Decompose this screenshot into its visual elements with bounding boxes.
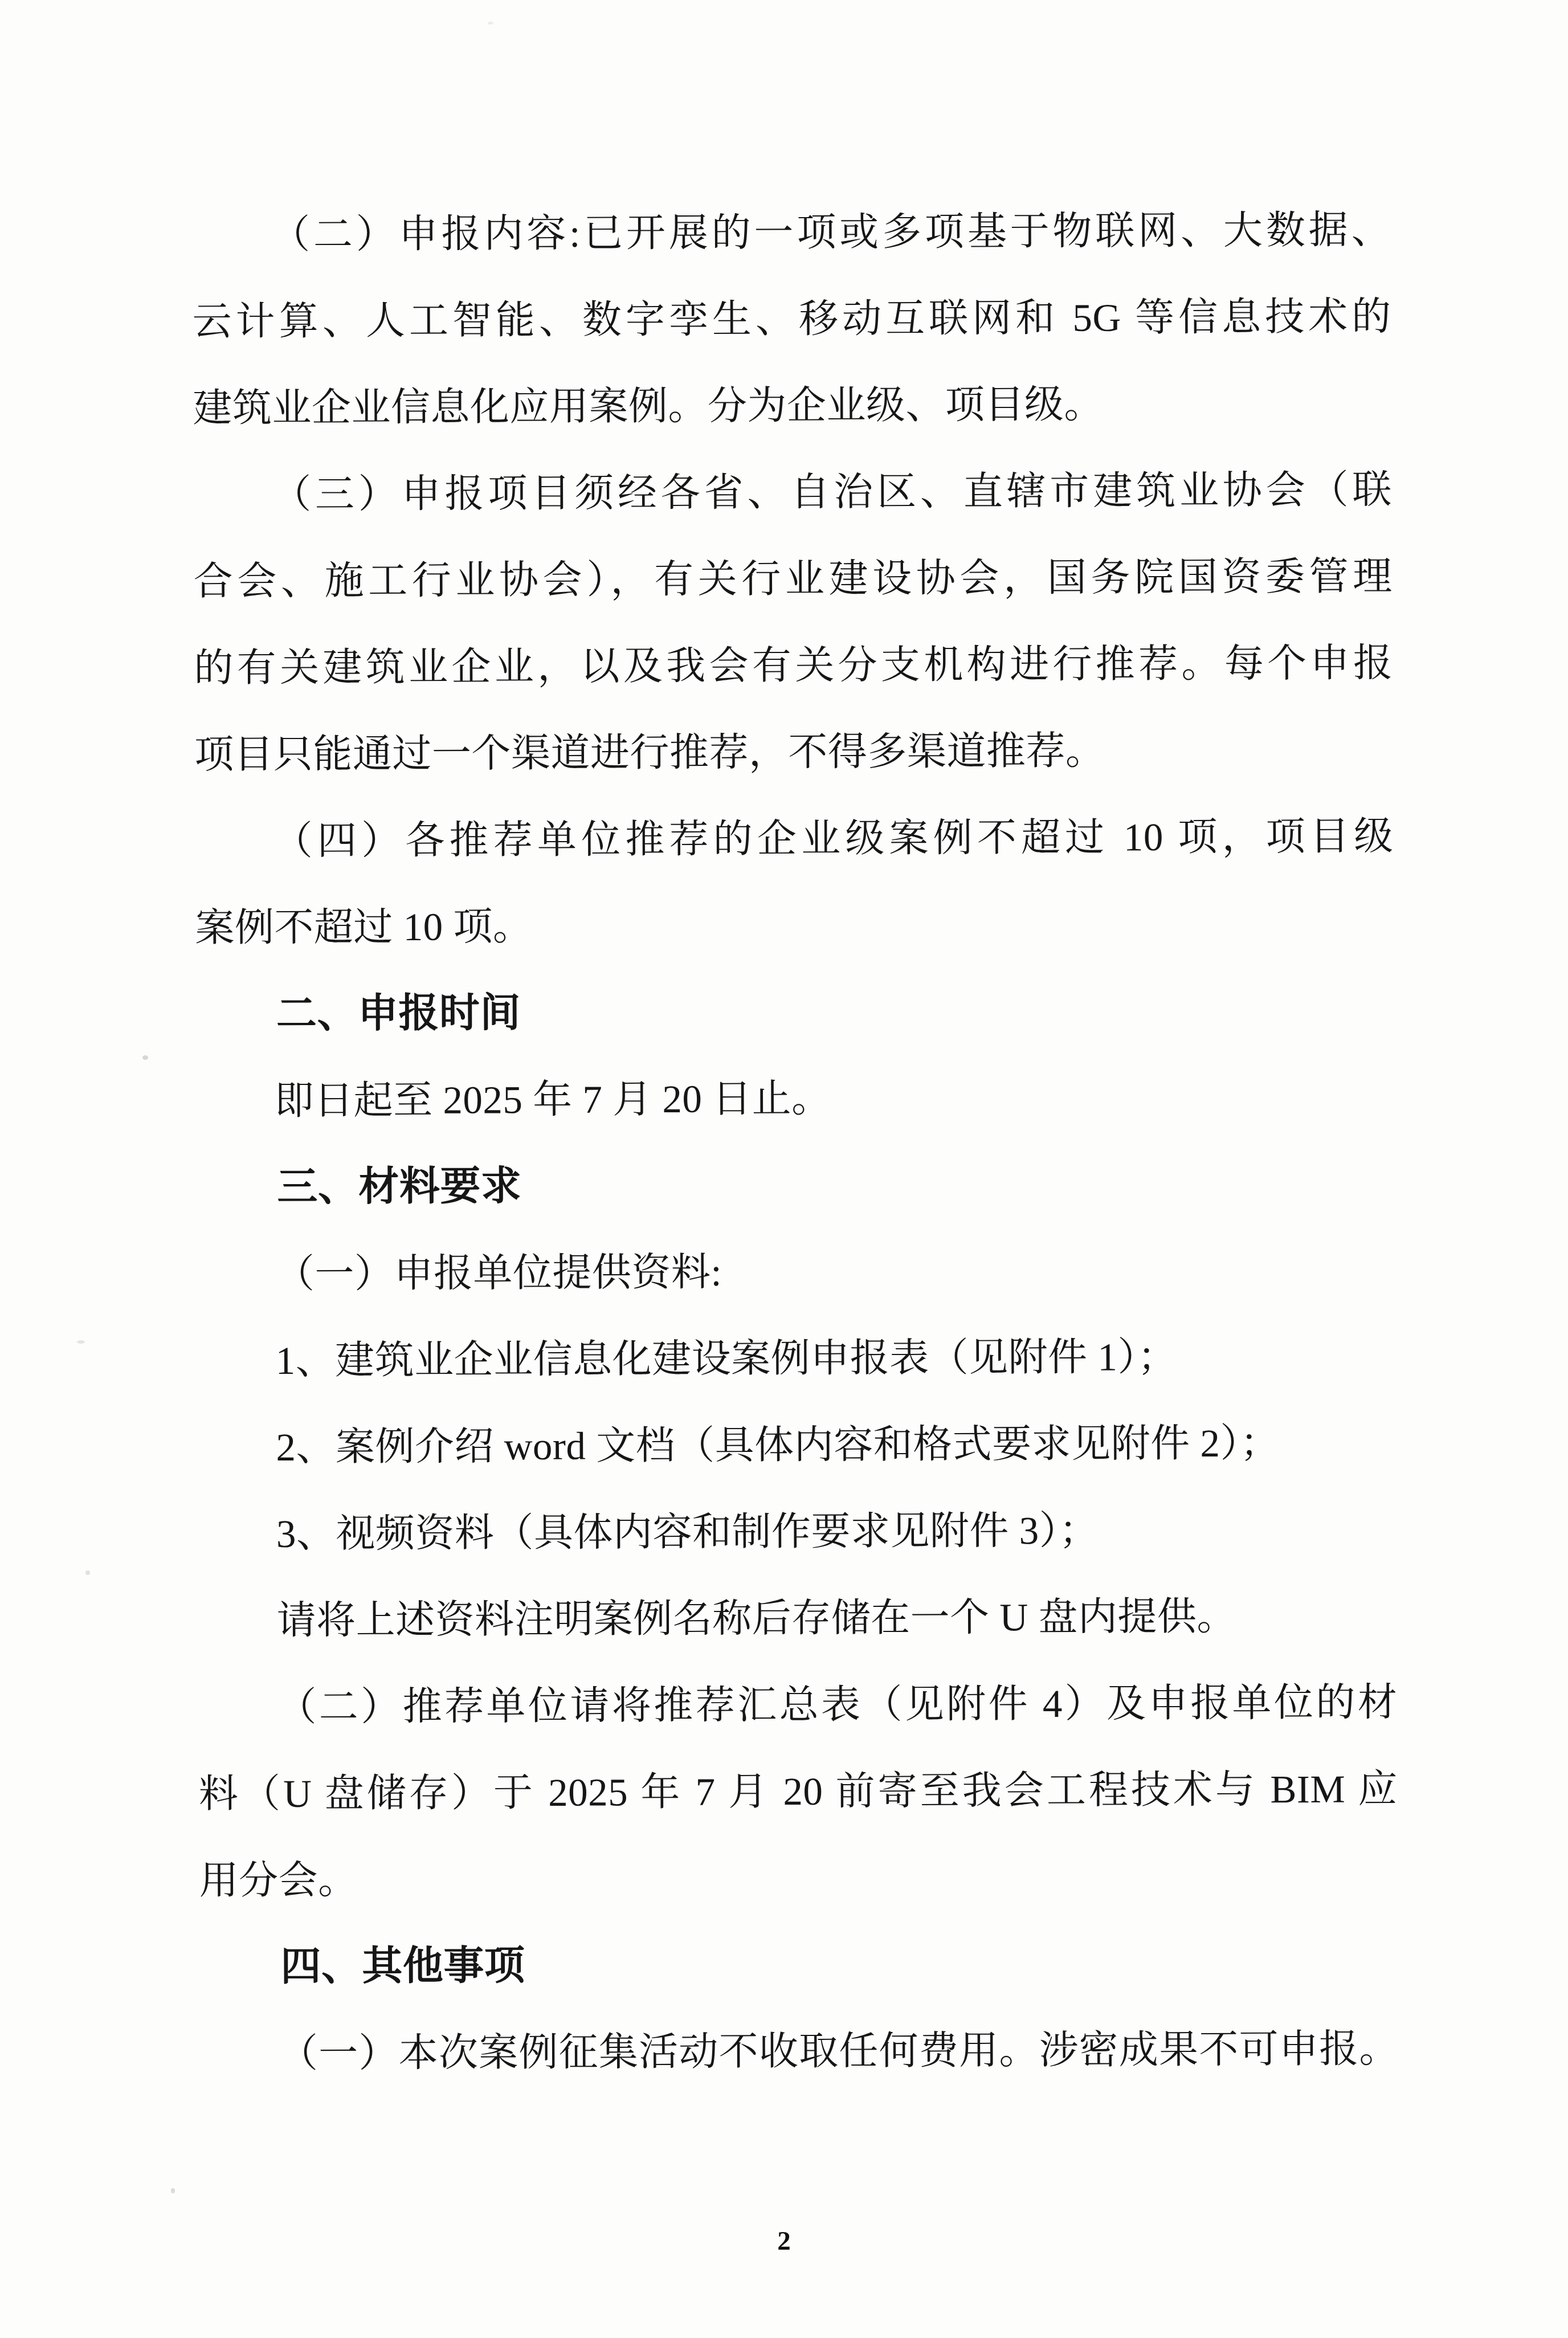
scan-artifact	[142, 1055, 148, 1060]
section-heading-other-matters: 四、其他事项	[199, 1919, 1399, 2010]
document-text-line: 请将上述资料注明案例名称后存储在一个 U 盘内提供。	[198, 1572, 1397, 1664]
document-text-line: （二）推荐单位请将推荐汇总表（见附件 4）及申报单位的材	[198, 1659, 1398, 1751]
document-page: （二）申报内容:已开展的一项或多项基于物联网、大数据、 云计算、人工智能、数字孪…	[0, 0, 1568, 2338]
document-text-line: （一）申报单位提供资料:	[197, 1226, 1396, 1317]
document-text-line: （四）各推荐单位推荐的企业级案例不超过 10 项，项目级	[194, 793, 1394, 884]
list-item-line: 2、案例介绍 word 文档（具体内容和格式要求见附件 2）；	[197, 1399, 1396, 1491]
scan-artifact	[171, 2188, 175, 2193]
document-body: （二）申报内容:已开展的一项或多项基于物联网、大数据、 云计算、人工智能、数字孪…	[192, 186, 1399, 2097]
document-text-line: （三）申报项目须经各省、自治区、直辖市建筑业协会（联	[193, 446, 1393, 538]
section-heading-material-requirements: 三、材料要求	[196, 1139, 1395, 1231]
scan-artifact	[77, 1340, 85, 1344]
section-heading-application-time: 二、申报时间	[195, 966, 1395, 1058]
document-text-line: 用分会。	[199, 1832, 1398, 1924]
document-text-line: 料（U 盘储存）于 2025 年 7 月 20 前寄至我会工程技术与 BIM 应	[199, 1745, 1398, 1837]
document-text-line: （一）本次案例征集活动不收取任何费用。涉密成果不可申报。	[200, 2005, 1399, 2097]
list-item-line: 3、视频资料（具体内容和制作要求见附件 3）；	[198, 1486, 1397, 1577]
document-text-line: 合会、施工行业协会），有关行业建设协会，国务院国资委管理	[193, 533, 1393, 625]
document-text-line: （二）申报内容:已开展的一项或多项基于物联网、大数据、	[192, 186, 1391, 278]
document-text-line: 项目只能通过一个渠道进行推荐，不得多渠道推荐。	[194, 706, 1394, 798]
document-text-line: 的有关建筑业企业，以及我会有关分支机构进行推荐。每个申报	[194, 619, 1393, 711]
scan-artifact	[488, 22, 493, 25]
document-text-line: 建筑业企业信息化应用案例。分为企业级、项目级。	[193, 360, 1392, 451]
document-text-line: 即日起至 2025 年 7 月 20 日止。	[195, 1052, 1395, 1144]
page-number: 2	[0, 2226, 1568, 2257]
document-text-line: 云计算、人工智能、数字孪生、移动互联网和 5G 等信息技术的	[192, 273, 1391, 365]
scan-artifact	[85, 1570, 90, 1575]
list-item-line: 1、建筑业企业信息化建设案例申报表（见附件 1）；	[197, 1312, 1396, 1404]
document-text-line: 案例不超过 10 项。	[195, 879, 1394, 971]
